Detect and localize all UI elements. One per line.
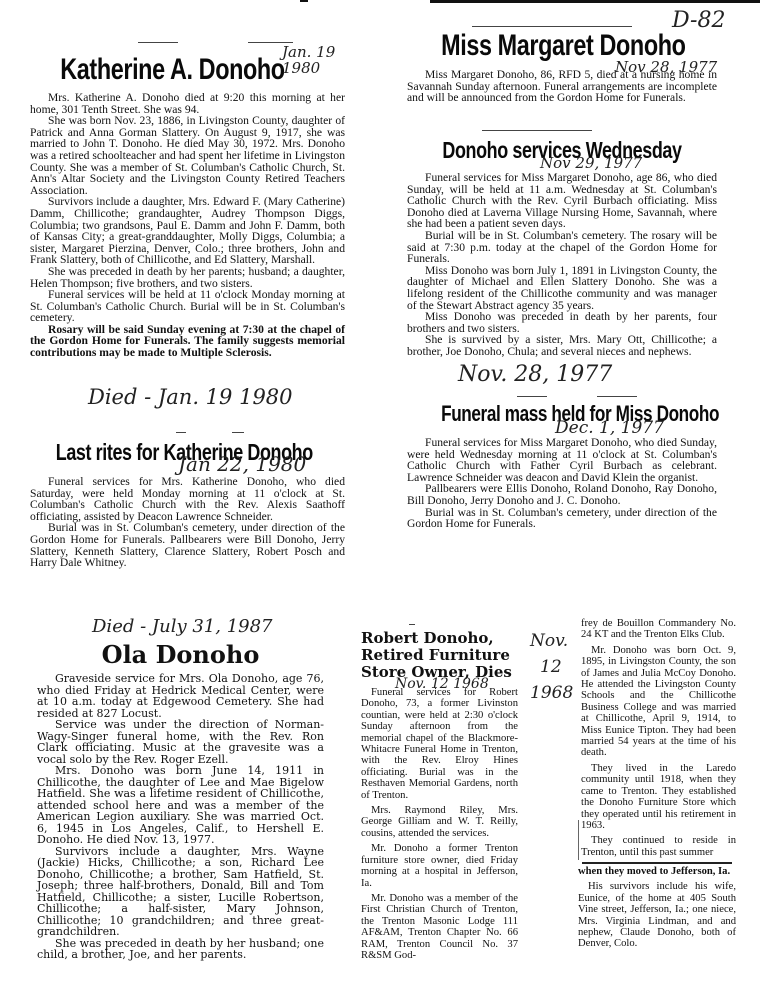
margin-day: 12 xyxy=(530,654,573,680)
paragraph: Mr. Donoho a former Trenton furniture st… xyxy=(361,843,518,889)
paragraph: She is survived by a sister, Mrs. Mary O… xyxy=(407,334,717,357)
handwritten-date: Nov 29, 1977 xyxy=(540,154,642,172)
margin-month: Nov. xyxy=(530,628,573,654)
headline: Katherine A. Donoho xyxy=(38,52,307,88)
margin-year: 1968 xyxy=(530,680,573,706)
headline: Robert Donoho, Retired Furniture Store O… xyxy=(361,630,518,681)
divider xyxy=(517,396,547,397)
paragraph: Burial was in St. Columban's cemetery, u… xyxy=(407,507,717,530)
paragraph: They lived in the Laredo community until… xyxy=(581,763,736,831)
paragraph: Mr. Donoho was born Oct. 9, 1895, in Liv… xyxy=(581,645,736,759)
paragraph: Graveside service for Mrs. Ola Donoho, a… xyxy=(37,673,324,719)
headline-line: Robert Donoho, xyxy=(361,630,518,647)
margaret-mass-clipping: Funeral mass held for Miss Donoho Funera… xyxy=(407,395,717,530)
paragraph: She was born Nov. 23, 1886, in Livingsto… xyxy=(30,115,345,196)
katherine-obituary-clipping: Katherine A. Donoho Mrs. Katherine A. Do… xyxy=(30,40,345,359)
scan-edge-line xyxy=(300,0,308,2)
paragraph: Mr. Donoho was a member of the First Chr… xyxy=(361,893,518,961)
article-body: Funeral services for Miss Margaret Donoh… xyxy=(407,172,717,358)
handwritten-death-note: Died - July 31, 1987 xyxy=(92,616,273,637)
headline-line: Retired Furniture xyxy=(361,647,518,664)
article-body: Funeral services for Miss Margaret Donoh… xyxy=(407,437,717,530)
divider xyxy=(138,42,178,43)
paragraph: Pallbearers were Ellis Donoho, Roland Do… xyxy=(407,483,717,506)
article-body-column-1: Funeral services for Robert Donoho, 73, … xyxy=(361,687,518,961)
divider xyxy=(176,432,186,433)
paragraph: Survivors include a daughter, Mrs. Edwar… xyxy=(30,196,345,266)
robert-obituary-column-2: frey de Bouillon Commandery No. 24 KT an… xyxy=(581,618,736,862)
divider xyxy=(472,26,632,27)
article-body: Funeral services for Mrs. Katherine Dono… xyxy=(30,476,345,569)
clipping-edge xyxy=(578,820,579,860)
scan-edge-line xyxy=(430,0,760,3)
paragraph: They continued to reside in Trenton, unt… xyxy=(581,835,736,858)
paragraph: Funeral services will be held at 11 o'cl… xyxy=(30,289,345,324)
column-break-rule xyxy=(582,862,732,864)
paragraph: Rosary will be said Sunday evening at 7:… xyxy=(30,324,345,359)
divider xyxy=(409,624,415,625)
paragraph: His survivors include his wife, Eunice, … xyxy=(578,881,736,949)
divider xyxy=(232,432,244,433)
headline: Ola Donoho xyxy=(37,640,324,669)
handwritten-date: Nov 28, 1977 xyxy=(615,58,717,76)
paragraph: Mrs. Donoho was born June 14, 1911 in Ch… xyxy=(37,765,324,846)
paragraph: Service was under the direction of Norma… xyxy=(37,719,324,765)
handwritten-date: Dec. 1, 1977 xyxy=(555,418,664,438)
handwritten-date: Nov. 12 1968 xyxy=(395,676,489,692)
handwritten-margin-date: Nov. 12 1968 xyxy=(530,628,573,706)
handwritten-date: Jan. 19 1980 xyxy=(282,44,342,76)
paragraph: Miss Donoho was born July 1, 1891 in Liv… xyxy=(407,265,717,311)
paragraph: Mrs. Katherine A. Donoho died at 9:20 th… xyxy=(30,92,345,115)
paragraph: Miss Donoho was preceded in death by her… xyxy=(407,311,717,334)
paragraph: She was preceded in death by her husband… xyxy=(37,938,324,961)
paragraph: Funeral services for Mrs. Katherine Dono… xyxy=(30,476,345,522)
handwritten-date: Jan 22, 1980 xyxy=(178,452,306,476)
paragraph: Burial will be in St. Columban's cemeter… xyxy=(407,230,717,265)
robert-obituary-column-2-continued: when they moved to Jefferson, Ia. His su… xyxy=(578,866,736,954)
handwritten-death-note: Died - Jan. 19 1980 xyxy=(88,385,293,409)
paragraph: Funeral services for Robert Donoho, 73, … xyxy=(361,687,518,801)
divider xyxy=(597,396,637,397)
paragraph: Survivors include a daughter, Mrs. Wayne… xyxy=(37,846,324,938)
paragraph: She was preceded in death by her parents… xyxy=(30,266,345,289)
paragraph: Burial was in St. Columban's cemetery, u… xyxy=(30,522,345,568)
paragraph: Funeral services for Miss Margaret Donoh… xyxy=(407,437,717,483)
article-body: Mrs. Katherine A. Donoho died at 9:20 th… xyxy=(30,92,345,359)
katherine-rites-clipping: Last rites for Katherine Donoho Funeral … xyxy=(30,430,345,569)
paragraph: frey de Bouillon Commandery No. 24 KT an… xyxy=(581,618,736,641)
divider xyxy=(482,130,592,131)
paragraph: when they moved to Jefferson, Ia. xyxy=(578,866,736,877)
paragraph: Mrs. Raymond Riley, Mrs. George Gilliam … xyxy=(361,805,518,839)
paragraph: Funeral services for Miss Margaret Donoh… xyxy=(407,172,717,230)
ola-obituary-clipping: Ola Donoho Graveside service for Mrs. Ol… xyxy=(37,640,324,961)
handwritten-death-note: Nov. 28, 1977 xyxy=(458,362,612,387)
article-body: Graveside service for Mrs. Ola Donoho, a… xyxy=(37,673,324,961)
